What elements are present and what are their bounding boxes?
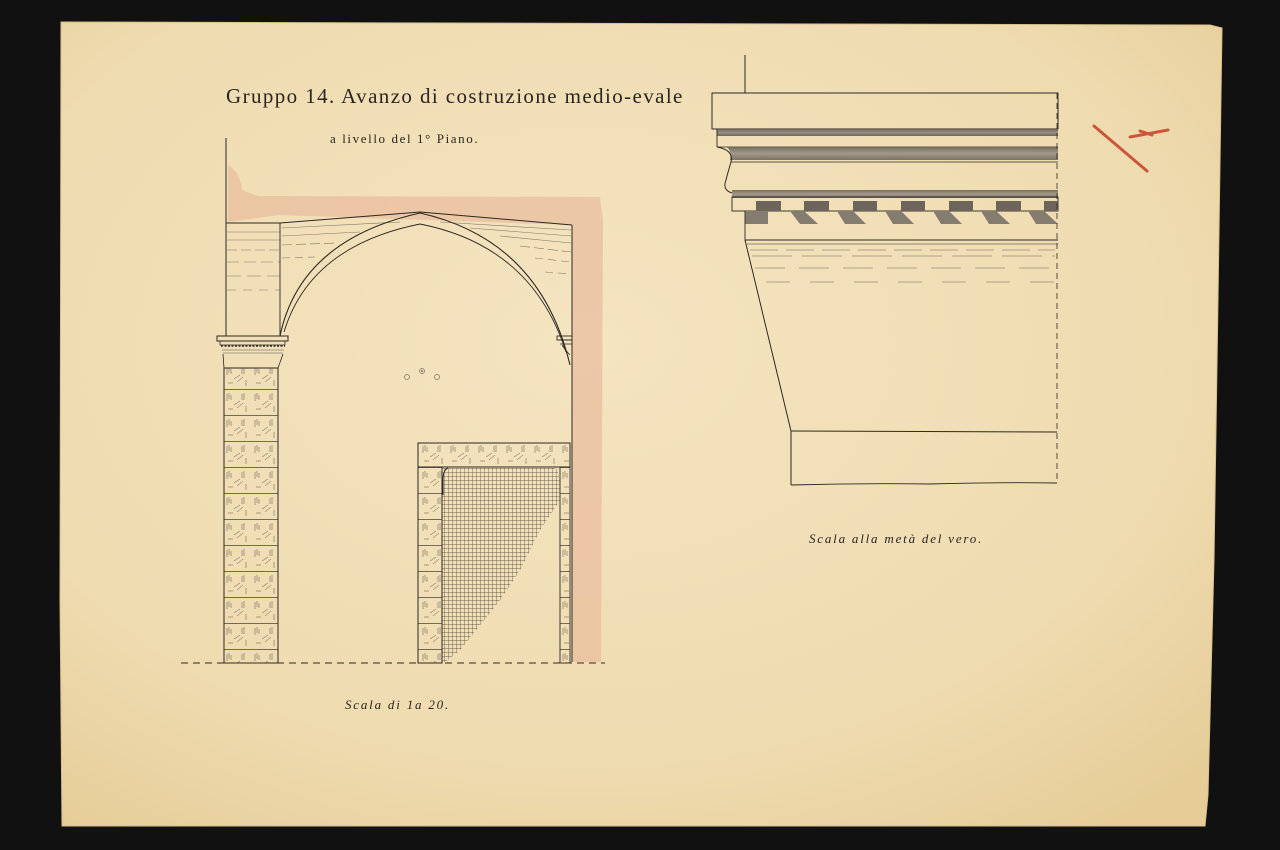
drawing-sheet: Gruppo 14. Avanzo di costruzione medio-e… [0, 0, 1280, 850]
left-pilaster [224, 368, 278, 663]
group-label: Gruppo 14. [226, 84, 336, 108]
architectural-drawing [0, 0, 1280, 850]
sheet-title: Gruppo 14. Avanzo di costruzione medio-e… [226, 84, 684, 109]
scale-label-cornice: Scala alla metà del vero. [809, 531, 983, 547]
title-text: Avanzo di costruzione medio-evale [341, 84, 684, 108]
scale-label-arch: Scala di 1a 20. [345, 697, 450, 713]
sheet-subtitle: a livello del 1° Piano. [330, 131, 479, 147]
